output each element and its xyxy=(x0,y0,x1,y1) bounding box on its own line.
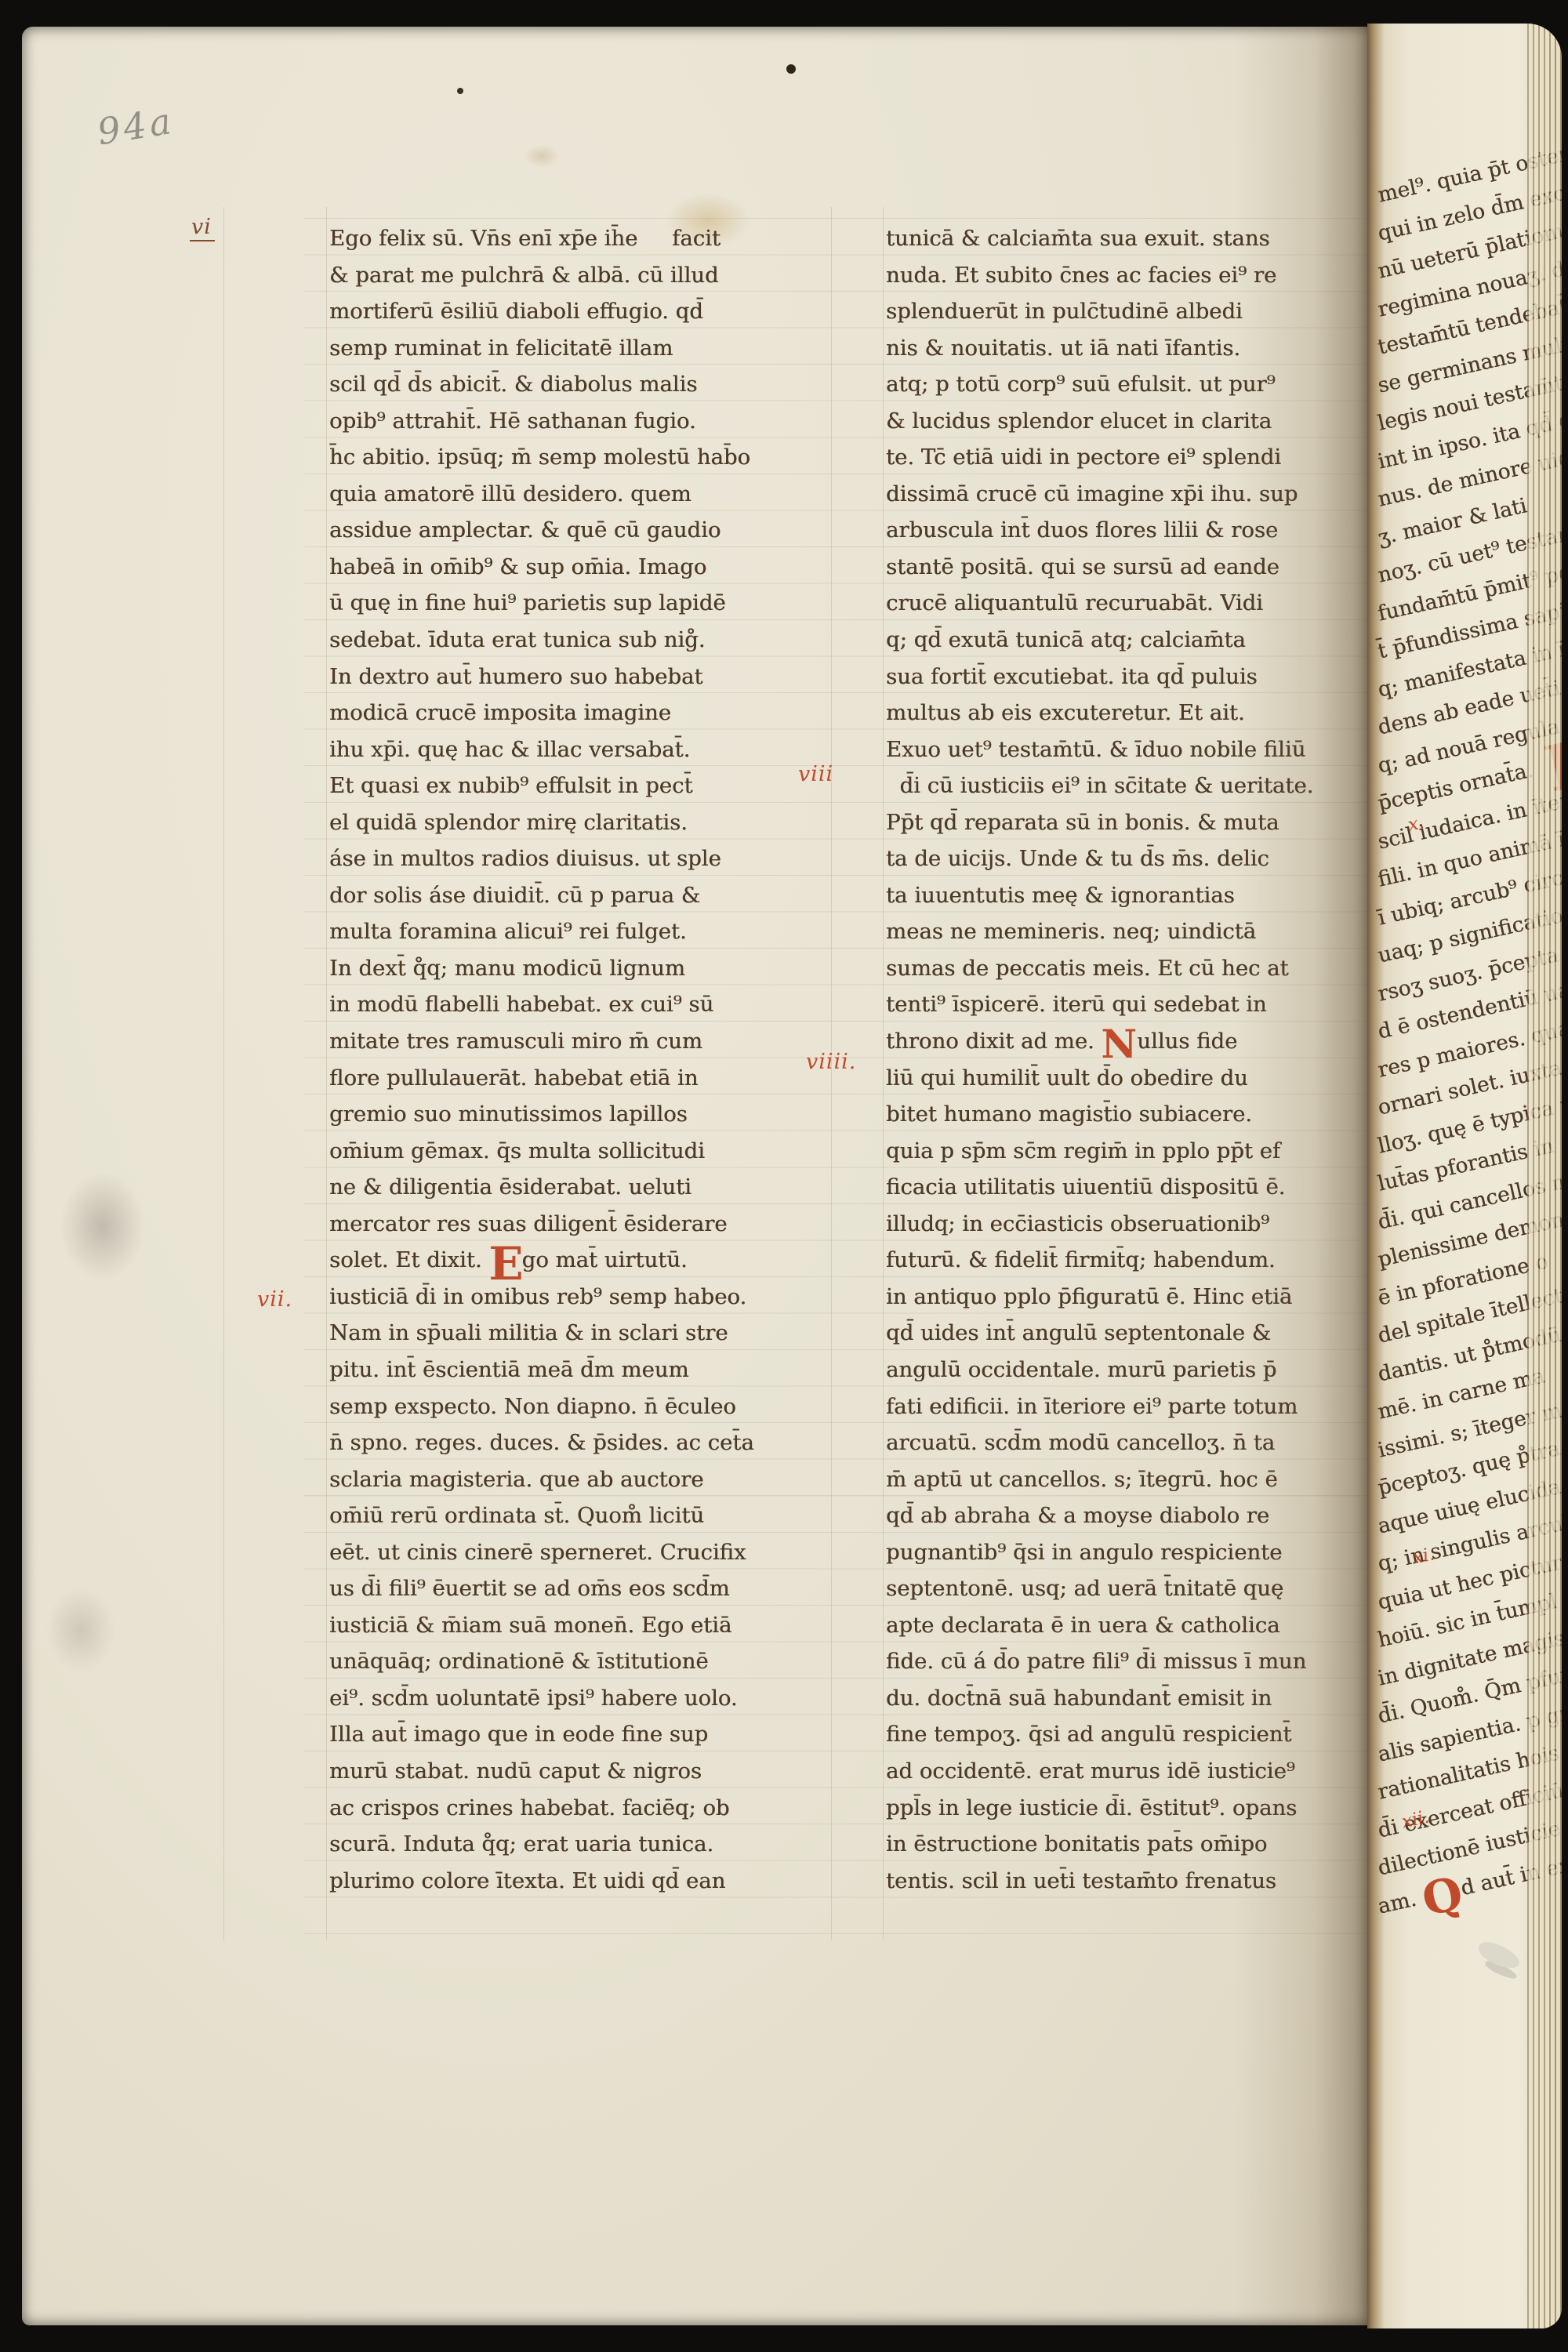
line-text: scurā. Induta q̊q; erat uaria tunica. xyxy=(329,1831,713,1857)
line-text: iusticiā & m̄iam suā monen̄. Ego etiā xyxy=(329,1613,731,1638)
text-line: semp ruminat in felicitatē illam xyxy=(329,330,847,367)
text-line: om̄iū rerū ordinata st̄. Quom̊ licitū xyxy=(329,1497,847,1534)
line-text: flore pullulauerāt. habebat etiā in xyxy=(329,1065,698,1091)
line-text: crucē aliquantulū recuruabāt. Vidi xyxy=(886,590,1263,615)
ink-speck xyxy=(786,64,796,74)
text-line: solet. Et dixit. Ego mat̄ uirtutū. xyxy=(329,1242,847,1279)
parchment-smudge xyxy=(60,1171,146,1281)
line-text: sua fortit̄ excutiebat. ita qd̄ puluis xyxy=(886,664,1258,689)
line-text: om̄iū rerū ordinata st̄. Quom̊ licitū xyxy=(329,1503,704,1528)
line-text: n̄ spno. reges. duces. & p̄sides. ac cet… xyxy=(329,1430,754,1455)
line-text: modicā crucē imposita imagine xyxy=(329,700,671,725)
line-text: fine tempoʒ. q̄si ad angulū respicient̄ xyxy=(886,1722,1291,1747)
line-text: us d̄i fili⁹ ēuertit se ad om̄s eos scd̄… xyxy=(329,1576,730,1601)
line-text: m̄ aptū ut cancellos. s; ītegrū. hoc ē xyxy=(886,1467,1278,1492)
text-line: habeā in om̄ib⁹ & sup om̄ia. Imago xyxy=(329,549,847,586)
text-line: Illa aut̄ imago que in eode fine sup xyxy=(329,1716,847,1753)
text-line: Et quasi ex nubib⁹ effulsit in pect̄ xyxy=(329,768,847,804)
line-text: mortiferū ēsiliū diaboli effugio. qd̄ xyxy=(329,299,703,324)
column-left-rule-line xyxy=(326,207,327,1940)
line-text: mercator res suas diligent̄ ēsiderare xyxy=(329,1211,728,1236)
line-text: arbuscula int̄ duos flores lilii & rose xyxy=(886,517,1278,543)
text-line: gremio suo minutissimos lapillos xyxy=(329,1096,847,1133)
text-line: iusticiā & m̄iam suā monen̄. Ego etiā xyxy=(329,1607,847,1644)
text-line: pitu. int̄ ēscientiā meā d̄m meum xyxy=(329,1352,847,1388)
line-text: & parat me pulchrā & albā. cū illud xyxy=(329,263,719,288)
line-text: Illa aut̄ imago que in eode fine sup xyxy=(329,1722,708,1747)
text-line: eēt. ut cinis cinerē sperneret. Crucifix xyxy=(329,1534,847,1571)
line-text: ne & diligentia ēsiderabat. ueluti xyxy=(329,1174,691,1200)
line-text: gremio suo minutissimos lapillos xyxy=(329,1102,688,1127)
line-text: ullus fide xyxy=(1137,1029,1237,1054)
line-text: sumas de peccatis meis. Et cū hec at xyxy=(886,956,1289,981)
text-line: flore pullulauerāt. habebat etiā in xyxy=(329,1060,847,1097)
text-line: iusticiā d̄i in omibus reb⁹ semp habeo. xyxy=(329,1279,847,1316)
text-line: om̄ium gēmax. q̄s multa sollicitudi xyxy=(329,1133,847,1170)
line-text: om̄ium gēmax. q̄s multa sollicitudi xyxy=(329,1138,705,1163)
line-text: apte declarata ē in uera & catholica xyxy=(886,1613,1280,1638)
line-text: habeā in om̄ib⁹ & sup om̄ia. Imago xyxy=(329,554,706,579)
text-line: ei⁹. scd̄m uoluntatē ipsi⁹ habere uolo. xyxy=(329,1680,847,1717)
parchment-smudge xyxy=(45,1587,116,1673)
line-text: ei⁹. scd̄m uoluntatē ipsi⁹ habere uolo. xyxy=(329,1686,738,1711)
line-text: sedebat. īduta erat tunica sub nig̊. xyxy=(329,627,706,652)
text-line: semp exspecto. Non diapno. n̄ ēculeo xyxy=(329,1388,847,1425)
line-text: ficacia utilitatis uiuentiū dispositū ē. xyxy=(886,1174,1285,1200)
line-text: quia p sp̄m sc̄m regim̄ in pplo pp̄t ef xyxy=(886,1138,1280,1163)
text-line: mortiferū ēsiliū diaboli effugio. qd̄ xyxy=(329,293,847,330)
line-text: septentonē. usq; ad uerā t̄nitatē quę xyxy=(886,1576,1283,1601)
line-text: semp exspecto. Non diapno. n̄ ēculeo xyxy=(329,1394,736,1419)
line-text: atq; p totū corp⁹ suū efulsit. ut pur⁹ xyxy=(886,372,1276,397)
line-text: du. doct̄nā suā habundant̄ emisit in xyxy=(886,1686,1272,1711)
line-text: In dextro aut̄ humero suo habebat xyxy=(329,664,702,689)
text-line: plurimo colore ītexta. Et uidi qd̄ ean xyxy=(329,1863,847,1900)
text-column-left: Ego felix sū. Vn̄s enī xp̄e ih̄e facit &… xyxy=(329,220,847,1899)
line-text: nis & nouitatis. ut iā nati īfantis. xyxy=(886,336,1240,361)
text-line: in modū flabelli habebat. ex cui⁹ sū xyxy=(329,986,847,1023)
line-text: q; qd̄ exutā tunicā atq; calciam̄ta xyxy=(886,627,1246,652)
text-line: modicā crucē imposita imagine xyxy=(329,695,847,731)
text-line: ihu xp̄i. quę hac & illac versabat̄. xyxy=(329,731,847,768)
line-text: tentis. scil in uet̄i testam̄to frenatus xyxy=(886,1868,1276,1893)
manuscript-photo: 94a vi vii. viii viiii. Ego felix sū. Vn… xyxy=(0,0,1568,2352)
line-text: am. xyxy=(1375,1885,1425,1918)
text-line: ne & diligentia ēsiderabat. ueluti xyxy=(329,1169,847,1206)
line-text: nuda. Et subito c̄nes ac facies ei⁹ re xyxy=(886,263,1276,288)
line-text: futurū. & fidelit̄ firmit̄q; habendum. xyxy=(886,1247,1276,1272)
line-text: sclaria magisteria. que ab auctore xyxy=(329,1467,704,1492)
line-text: plurimo colore ītexta. Et uidi qd̄ ean xyxy=(329,1868,725,1893)
text-line: unāquāq; ordinationē & īstitutionē xyxy=(329,1643,847,1680)
facing-page-edge: mel⁹. quia p̄t ostens qui in zelo d̄m ex… xyxy=(1367,24,1562,2328)
line-text: quia amatorē illū desidero. quem xyxy=(329,481,691,506)
text-line: dor solis áse diuidit̄. cū p parua & xyxy=(329,877,847,914)
margin-rule-line xyxy=(223,207,224,1940)
text-line: scurā. Induta q̊q; erat uaria tunica. xyxy=(329,1826,847,1863)
line-text: ta iuuentutis meę & ignorantias xyxy=(886,883,1235,908)
text-line: opib⁹ attrahit̄. Hē sathanan fugio. xyxy=(329,403,847,440)
text-line: Nam in sp̄uali militia & in sclari stre xyxy=(329,1315,847,1352)
line-text: scil qd̄ d̄s abicit̄. & diabolus malis xyxy=(329,372,698,397)
column-right-rule-line xyxy=(883,207,884,1940)
line-text: h̄c abitio. ipsūq; m̄ semp molestū hab̄o xyxy=(329,445,750,470)
text-line: ac crispos crines habebat. faciēq; ob xyxy=(329,1790,847,1827)
line-text: in modū flabelli habebat. ex cui⁹ sū xyxy=(329,992,713,1017)
line-text: illudq; in ecc̄iasticis obseruationib⁹ xyxy=(886,1211,1269,1236)
line-text: & lucidus splendor elucet in clarita xyxy=(886,408,1272,434)
text-line: sclaria magisteria. que ab auctore xyxy=(329,1461,847,1498)
line-text: stantē positā. qui se sursū ad eande xyxy=(886,554,1279,579)
line-text: throno dixit ad me. xyxy=(886,1029,1102,1054)
chapter-numeral-vi: vi xyxy=(190,215,215,241)
text-line: h̄c abitio. ipsūq; m̄ semp molestū hab̄o xyxy=(329,439,847,476)
line-text: solet. Et dixit. xyxy=(329,1247,488,1272)
line-text: Pp̄t qd̄ reparata sū in bonis. & muta xyxy=(886,810,1279,835)
text-line: n̄ spno. reges. duces. & p̄sides. ac cet… xyxy=(329,1425,847,1461)
line-text: go mat̄ uirtutū. xyxy=(522,1247,688,1272)
line-text: ihu xp̄i. quę hac & illac versabat̄. xyxy=(329,737,690,762)
line-text: eēt. ut cinis cinerē sperneret. Crucifix xyxy=(329,1540,746,1565)
line-text: Ego felix sū. Vn̄s enī xp̄e ih̄e facit xyxy=(329,226,720,251)
line-text: multa foramina alicui⁹ rei fulget. xyxy=(329,919,687,944)
line-text: qd̄ ab abraha & a moyse diabolo re xyxy=(886,1503,1269,1528)
line-text: Et quasi ex nubib⁹ effulsit in pect̄ xyxy=(329,773,693,798)
line-text: te. Tc̄ etiā uidi in pectore ei⁹ splendi xyxy=(886,445,1281,470)
text-line: In dextro aut̄ humero suo habebat xyxy=(329,659,847,695)
line-text: pugnantib⁹ q̄si in angulo respiciente xyxy=(886,1540,1282,1565)
line-text: pitu. int̄ ēscientiā meā d̄m meum xyxy=(329,1357,689,1382)
line-text: splenduerūt in pulc̄tudinē albedi xyxy=(886,299,1243,324)
text-line: In dext̄ q̊q; manu modicū lignum xyxy=(329,950,847,987)
line-text: opib⁹ attrahit̄. Hē sathanan fugio. xyxy=(329,408,696,434)
rubricated-initial: Q xyxy=(1417,1866,1468,1926)
text-line: áse in multos radios diuisus. ut sple xyxy=(329,840,847,877)
text-line: sedebat. īduta erat tunica sub nig̊. xyxy=(329,622,847,659)
text-line: Ego felix sū. Vn̄s enī xp̄e ih̄e facit xyxy=(329,220,847,257)
line-text: murū stabat. nudū caput & nigros xyxy=(329,1759,702,1784)
line-text: áse in multos radios diuisus. ut sple xyxy=(329,846,721,871)
line-text: liū qui humilit̄ uult d̄o obedire du xyxy=(886,1065,1248,1091)
line-text: ta de uicijs. Unde & tu d̄s m̄s. delic xyxy=(886,846,1269,871)
ink-speck xyxy=(457,88,463,94)
text-line: quia amatorē illū desidero. quem xyxy=(329,476,847,513)
line-text: in antiquo pplo p̄figuratū ē. Hinc etiā xyxy=(886,1284,1292,1309)
text-line: mitate tres ramusculi miro m̄ cum xyxy=(329,1023,847,1060)
line-text: Nam in sp̄uali militia & in sclari stre xyxy=(329,1320,728,1345)
gutter-shadow xyxy=(1234,27,1367,2325)
line-text: unāquāq; ordinationē & īstitutionē xyxy=(329,1649,709,1674)
line-text: dor solis áse diuidit̄. cū p parua & xyxy=(329,883,700,908)
line-text: assidue amplectar. & quē cū gaudio xyxy=(329,517,720,543)
page-edge-stack xyxy=(1527,24,1562,2328)
line-text: arcuatū. scd̄m modū cancelloʒ. n̄ ta xyxy=(886,1430,1275,1455)
parchment-stain xyxy=(524,144,560,168)
text-line: scil qd̄ d̄s abicit̄. & diabolus malis xyxy=(329,366,847,403)
line-text: ū quę in fine hui⁹ parietis sup lapidē xyxy=(329,590,726,615)
line-text: angulū occidentale. murū parietis p̄ xyxy=(886,1357,1276,1382)
line-text: iusticiā d̄i in omibus reb⁹ semp habeo. xyxy=(329,1284,746,1309)
line-text: in ēstructione bonitatis pat̄s om̄ipo xyxy=(886,1831,1267,1857)
line-text: tenti⁹ īspicerē. iterū qui sedebat in xyxy=(886,992,1267,1017)
text-line: murū stabat. nudū caput & nigros xyxy=(329,1753,847,1790)
line-text: bitet humano magist̄io subiacere. xyxy=(886,1102,1252,1127)
text-line: el quidā splendor mirę claritatis. xyxy=(329,804,847,841)
line-text: semp ruminat in felicitatē illam xyxy=(329,336,673,361)
verso-page: 94a vi vii. viii viiii. Ego felix sū. Vn… xyxy=(22,27,1367,2325)
line-text: mitate tres ramusculi miro m̄ cum xyxy=(329,1029,702,1054)
chapter-numeral-vii: vii. xyxy=(257,1287,292,1312)
text-line: multa foramina alicui⁹ rei fulget. xyxy=(329,913,847,950)
line-text: el quidā splendor mirę claritatis. xyxy=(329,810,688,835)
folio-number-pencil: 94a xyxy=(94,100,176,154)
text-line: us d̄i fili⁹ ēuertit se ad om̄s eos scd̄… xyxy=(329,1570,847,1607)
line-text: meas ne memineris. neq; uindictā xyxy=(886,919,1256,944)
bookmark-thread xyxy=(1475,1938,1523,1973)
text-line: & parat me pulchrā & albā. cū illud xyxy=(329,257,847,294)
line-text: qd̄ uides int̄ angulū septentonale & xyxy=(886,1320,1271,1345)
line-text: In dext̄ q̊q; manu modicū lignum xyxy=(329,956,685,981)
line-text: tunicā & calciam̄ta sua exuit. stans xyxy=(886,226,1270,251)
text-line: ū quę in fine hui⁹ parietis sup lapidē xyxy=(329,585,847,622)
text-line: assidue amplectar. & quē cū gaudio xyxy=(329,512,847,549)
text-line: mercator res suas diligent̄ ēsiderare xyxy=(329,1206,847,1243)
line-text: ac crispos crines habebat. faciēq; ob xyxy=(329,1795,730,1820)
line-text: multus ab eis excuteretur. Et ait. xyxy=(886,700,1245,725)
